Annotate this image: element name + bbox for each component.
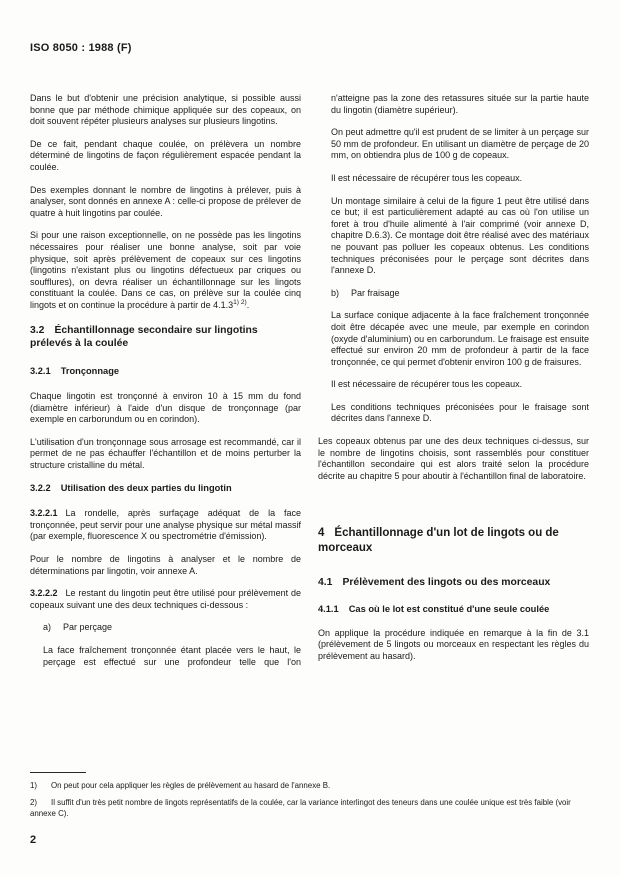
footnotes: 1)On peut pour cela appliquer les règles… (30, 780, 590, 825)
paragraph: On peut admettre qu'il est prudent de se… (331, 127, 589, 162)
paragraph-text: . (247, 300, 250, 310)
heading-number: 3.2 (30, 324, 44, 338)
paragraph: On applique la procédure indiquée en rem… (318, 628, 589, 663)
heading-text: Prélèvement des lingots ou des morceaux (342, 577, 550, 588)
column-left: Dans le but d'obtenir une précision anal… (30, 93, 301, 679)
footnote-2: 2)Il suffit d'un très petit nombre de li… (30, 797, 590, 819)
list-item-b: b)Par fraisage (331, 288, 589, 300)
heading-4-1: 4.1Prélèvement des lingots ou des morcea… (318, 576, 589, 590)
clause-number: 3.2.2.2 (30, 588, 58, 598)
heading-text: Tronçonnage (61, 366, 119, 376)
heading-4-1-1: 4.1.1Cas où le lot est constitué d'une s… (318, 604, 589, 616)
footnote-1: 1)On peut pour cela appliquer les règles… (30, 780, 590, 791)
two-column-body: Dans le but d'obtenir une précision anal… (30, 93, 590, 679)
list-item-a: a)Par perçage (43, 622, 301, 634)
paragraph: Pour le nombre de lingotins à analyser e… (30, 554, 301, 577)
list-marker: a) (43, 622, 63, 634)
heading-number: 4 (318, 526, 324, 541)
footnote-marker: 1) (30, 780, 51, 791)
heading-number: 4.1.1 (318, 604, 339, 616)
footnote-text: Il suffit d'un très petit nombre de ling… (30, 798, 571, 818)
paragraph: 3.2.2.1La rondelle, après surfaçage adéq… (30, 508, 301, 543)
heading-3-2-1: 3.2.1Tronçonnage (30, 366, 301, 378)
heading-number: 3.2.1 (30, 366, 51, 378)
footnote-marker: 2) (30, 797, 51, 808)
list-marker: b) (331, 288, 351, 300)
clause-number: 3.2.2.1 (30, 508, 58, 518)
paragraph: Les copeaux obtenus par une des deux tec… (318, 436, 589, 482)
paragraph-text: La rondelle, après surfaçage adéquat de … (30, 508, 301, 541)
heading-number: 3.2.2 (30, 483, 51, 495)
footnote-reference: 1) 2) (233, 299, 247, 306)
paragraph: Il est nécessaire de récupérer tous les … (331, 173, 589, 185)
heading-3-2-2: 3.2.2Utilisation des deux parties du lin… (30, 483, 301, 495)
heading-text: Cas où le lot est constitué d'une seule … (349, 604, 550, 614)
list-label: Par perçage (63, 622, 112, 632)
heading-text: Échantillonnage secondaire sur lingotins… (30, 325, 258, 350)
paragraph-text: Le restant du lingotin peut être utilisé… (30, 588, 301, 610)
paragraph: De ce fait, pendant chaque coulée, on pr… (30, 139, 301, 174)
document-page: ISO 8050 : 1988 (F) Dans le but d'obteni… (0, 0, 620, 876)
paragraph: La surface conique adjacente à la face f… (331, 310, 589, 368)
paragraph: Des exemples donnant le nombre de lingot… (30, 185, 301, 220)
paragraph: Il est nécessaire de récupérer tous les … (331, 379, 589, 391)
paragraph-text: Si pour une raison exceptionnelle, on ne… (30, 230, 301, 310)
paragraph: Les conditions techniques préconisées po… (331, 402, 589, 425)
heading-3-2: 3.2Échantillonnage secondaire sur lingot… (30, 324, 301, 351)
heading-number: 4.1 (318, 576, 332, 590)
heading-text: Utilisation des deux parties du lingotin (61, 483, 232, 493)
paragraph: La face fraîchement tronçonnée étant pla… (43, 645, 301, 668)
heading-4: 4Échantillonnage d'un lot de lingots ou … (318, 526, 589, 556)
footnote-separator (30, 772, 86, 773)
paragraph: Chaque lingotin est tronçonné à environ … (30, 391, 301, 426)
paragraph: n'atteigne pas la zone des retassures si… (331, 93, 589, 116)
paragraph: L'utilisation d'un tronçonnage sous arro… (30, 437, 301, 472)
paragraph: 3.2.2.2Le restant du lingotin peut être … (30, 588, 301, 611)
paragraph: Un montage similaire à celui de la figur… (331, 196, 589, 277)
column-right: n'atteigne pas la zone des retassures si… (318, 93, 589, 673)
paragraph: Si pour une raison exceptionnelle, on ne… (30, 230, 301, 311)
page-number: 2 (30, 834, 36, 846)
heading-text: Échantillonnage d'un lot de lingots ou d… (318, 527, 559, 554)
footnote-text: On peut pour cela appliquer les règles d… (51, 781, 330, 790)
paragraph: Dans le but d'obtenir une précision anal… (30, 93, 301, 128)
page-header: ISO 8050 : 1988 (F) (30, 42, 132, 54)
list-label: Par fraisage (351, 288, 400, 298)
